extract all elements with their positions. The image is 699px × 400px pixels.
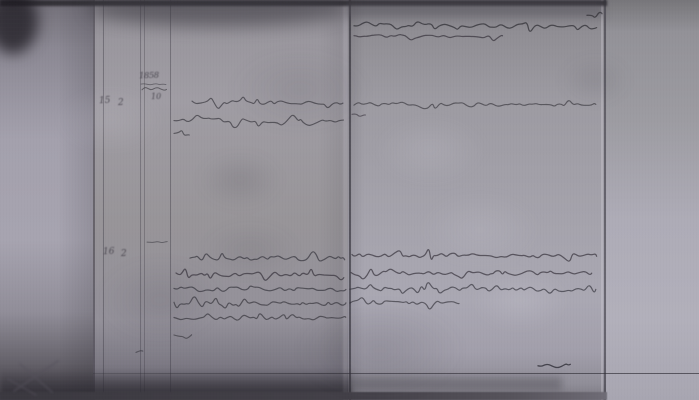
entry-1-number: 15 <box>99 97 111 106</box>
handwriting-stroke <box>538 364 570 367</box>
pencil-stroke <box>8 379 36 395</box>
handwriting-stroke <box>587 12 602 17</box>
handwriting-stroke <box>192 97 343 108</box>
pencil-scribble-group <box>8 361 58 395</box>
handwriting-stroke <box>176 269 344 280</box>
entry-1-date-year: 1858 <box>139 72 159 81</box>
handwriting-layer <box>0 0 699 400</box>
handwriting-stroke <box>354 35 503 41</box>
handwriting-stroke <box>350 298 459 309</box>
handwriting-stroke <box>174 131 189 135</box>
handwriting-stroke <box>174 335 192 339</box>
entry-2-part-number: 2 <box>121 250 127 259</box>
document-scan: 15 2 1858 10 16 2 <box>0 0 699 400</box>
handwriting-stroke <box>174 297 346 308</box>
handwriting-stroke <box>351 269 592 279</box>
handwriting-stroke <box>350 283 596 293</box>
handwriting-stroke <box>136 351 143 353</box>
handwriting-stroke <box>174 286 346 291</box>
handwriting-stroke <box>352 250 597 261</box>
handwriting-stroke <box>174 314 346 320</box>
entry-1-date-day: 10 <box>151 93 161 101</box>
handwriting-stroke <box>352 114 366 116</box>
handwriting-stroke <box>142 88 167 91</box>
handwriting-stroke <box>141 84 166 85</box>
ink-strokes-group <box>136 12 602 367</box>
handwriting-stroke <box>354 22 597 31</box>
entry-2-number: 16 <box>103 248 115 257</box>
handwriting-stroke <box>174 115 343 127</box>
entry-1-part-number: 2 <box>118 99 124 108</box>
handwriting-stroke <box>190 252 345 261</box>
handwriting-stroke <box>147 242 167 243</box>
handwriting-stroke <box>354 101 596 109</box>
